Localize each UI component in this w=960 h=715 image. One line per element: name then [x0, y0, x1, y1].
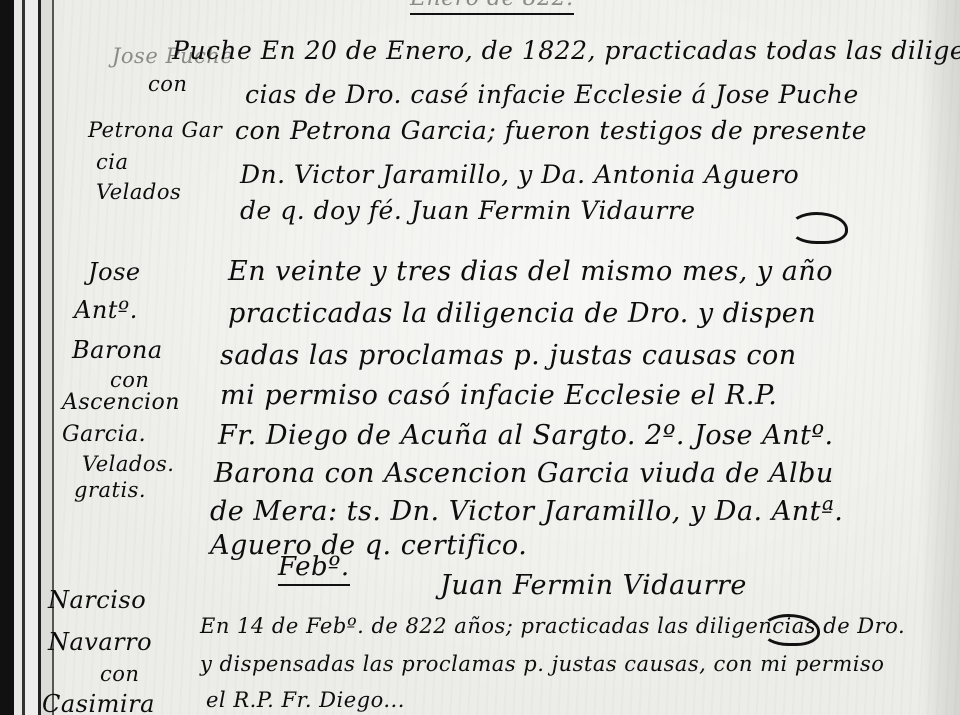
margin-name: Petrona Gar: [88, 118, 222, 142]
signature-rubric: [790, 212, 848, 244]
entry-line: Aguero de q. certifico.: [210, 530, 527, 561]
margin-name: Barona: [72, 336, 163, 364]
signature: Juan Fermin Vidaurre: [440, 570, 747, 601]
margin-name: Garcia.: [62, 422, 146, 447]
entry-line: Puche En 20 de Enero, de 1822, practicad…: [172, 36, 960, 65]
entry-line: y dispensadas las proclamas p. justas ca…: [200, 652, 884, 676]
entry-line: Fr. Diego de Acuña al Sargto. 2º. Jose A…: [218, 420, 834, 451]
margin-name: Navarro: [48, 628, 152, 656]
page-header-month: Enero de 822.: [410, 0, 574, 15]
manuscript-page: Enero de 822. Jose Puche con Petrona Gar…: [0, 0, 960, 715]
margin-name: cia: [96, 150, 129, 174]
entry-line: practicadas la diligencia de Dro. y disp…: [228, 298, 816, 329]
entry-line: En veinte y tres dias del mismo mes, y a…: [228, 256, 833, 287]
entry-line: sadas las proclamas p. justas causas con: [220, 340, 797, 371]
entry-line: En 14 de Febº. de 822 años; practicadas …: [200, 614, 905, 638]
entry-line: Dn. Victor Jaramillo, y Da. Antonia Ague…: [240, 160, 799, 189]
margin-con: con: [100, 662, 139, 686]
margin-name: Jose: [88, 258, 141, 286]
margin-name: Antº.: [74, 296, 138, 324]
margin-name: Ascencion: [62, 390, 180, 415]
entry-line: con Petrona Garcia; fueron testigos de p…: [235, 116, 867, 145]
margin-name: Casimira: [42, 690, 155, 715]
margin-gratis: gratis.: [74, 478, 146, 502]
margin-velados: Velados: [96, 180, 181, 204]
margin-name: Narciso: [48, 586, 146, 614]
page-right-edge-shadow: [920, 0, 960, 715]
entry-line: el R.P. Fr. Diego...: [206, 688, 405, 712]
margin-velados: Velados.: [82, 452, 174, 476]
month-heading: Febº.: [278, 552, 350, 586]
margin-con: con: [110, 368, 149, 392]
entry-line: de Mera: ts. Dn. Victor Jaramillo, y Da.…: [210, 496, 843, 527]
entry-line: mi permiso casó infacie Ecclesie el R.P.: [220, 380, 777, 411]
margin-con: con: [148, 72, 187, 96]
entry-line: Barona con Ascencion Garcia viuda de Alb…: [214, 458, 834, 489]
entry-line: cias de Dro. casé infacie Ecclesie á Jos…: [245, 80, 859, 109]
entry-line-with-signature: de q. doy fé. Juan Fermin Vidaurre: [240, 196, 696, 225]
